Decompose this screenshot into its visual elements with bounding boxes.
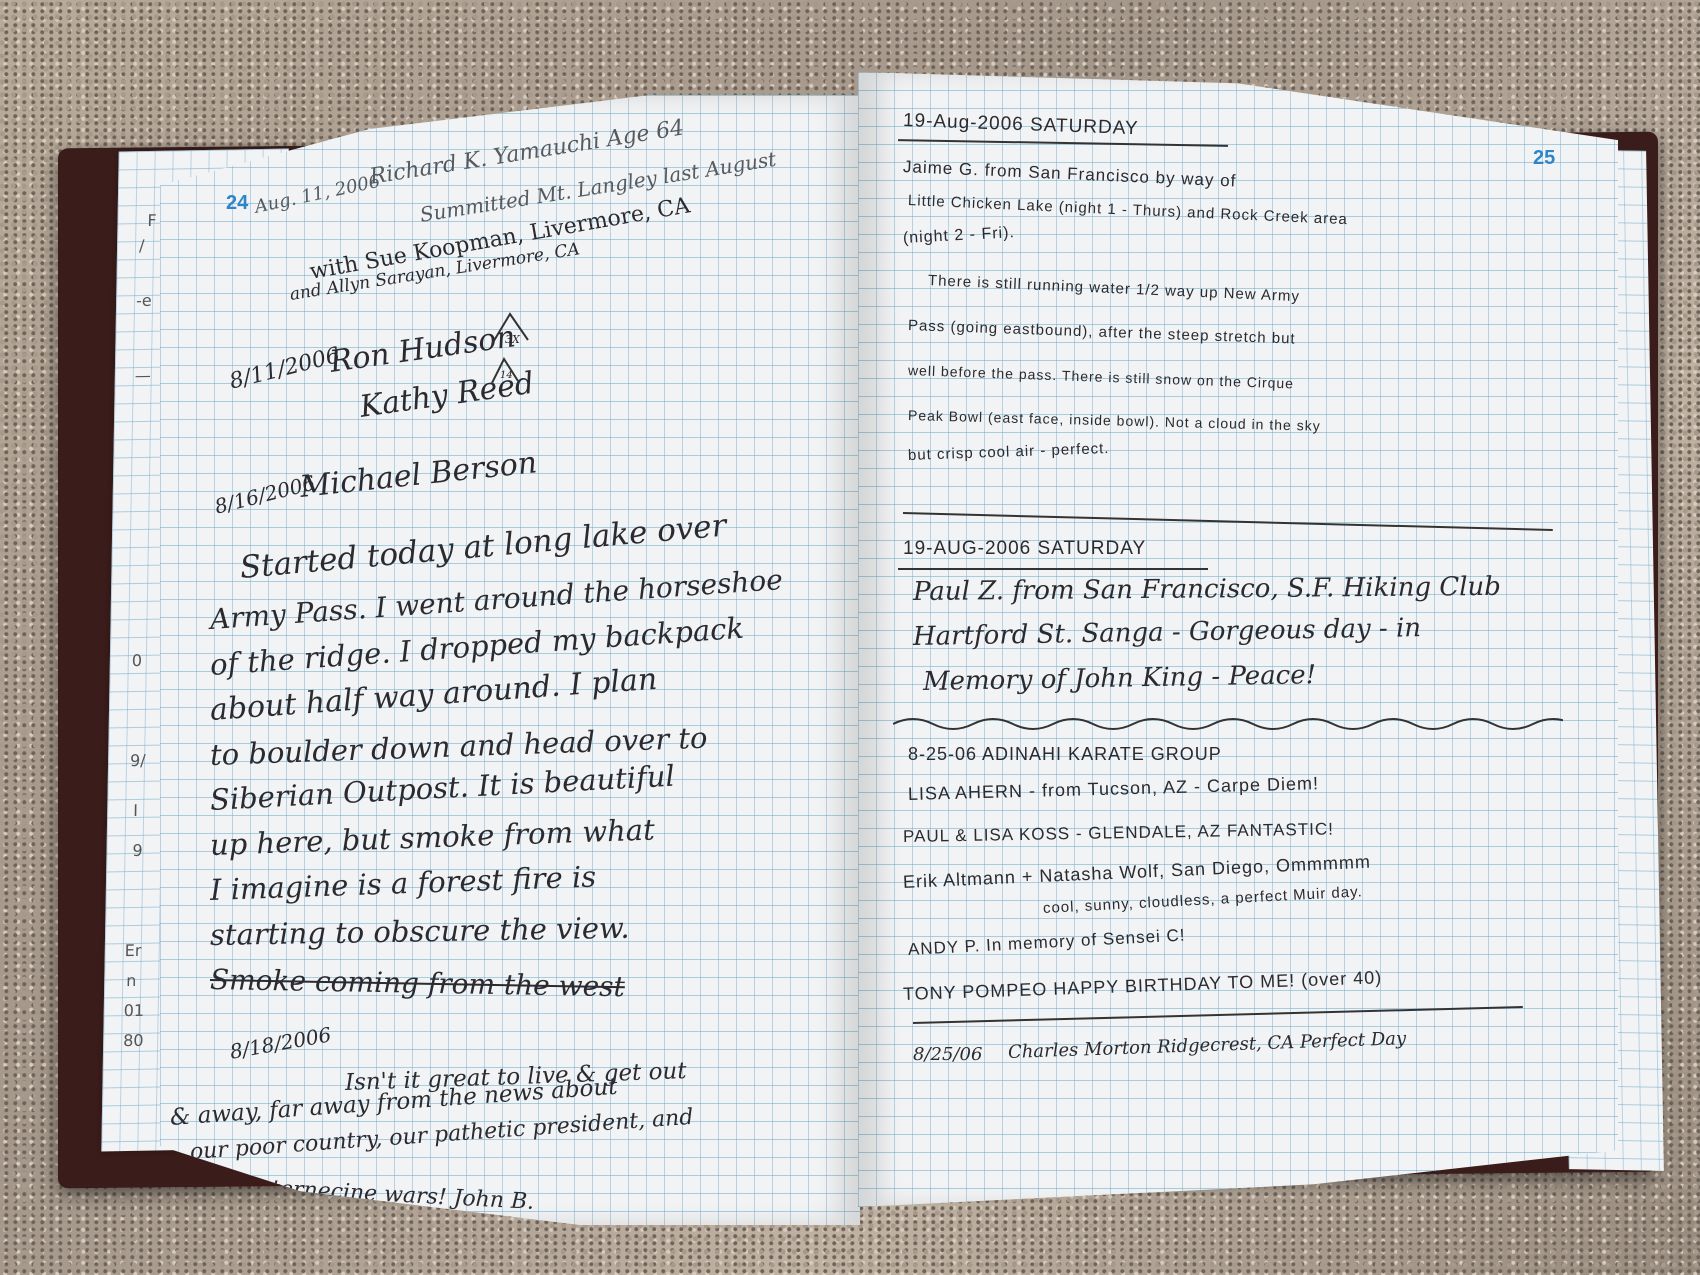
entry-line: Little Chicken Lake (night 1 - Thurs) an… — [908, 192, 1349, 228]
divider-line — [903, 512, 1553, 531]
entry-line: starting to obscure the view. — [210, 911, 630, 952]
entry-line: (night 2 - Fri). — [903, 224, 1016, 248]
entry-header: 19-AUG-2006 SATURDAY — [903, 538, 1146, 560]
entry-date: 8/11/2006 — [227, 343, 343, 395]
margin-mark: Er — [125, 941, 142, 960]
margin-mark: 01 — [124, 1001, 145, 1020]
entry-line: Jaime G. from San Francisco by way of — [903, 157, 1237, 192]
margin-mark: — — [135, 366, 151, 385]
margin-mark: F — [147, 211, 157, 230]
margin-mark: 9/ — [130, 751, 146, 770]
entry-line: I imagine is a forest fire is — [209, 860, 596, 907]
entry-line: cool, sunny, cloudless, a perfect Muir d… — [1043, 883, 1364, 917]
margin-mark: -e — [136, 291, 152, 310]
entry-line: Paul Z. from San Francisco, S.F. Hiking … — [913, 572, 1501, 607]
entry-line: LISA AHERN - from Tucson, AZ - Carpe Die… — [908, 773, 1320, 805]
summit-mark: 3X — [505, 333, 520, 346]
entry-line: up here, but smoke from what — [209, 812, 655, 862]
entry-line: well before the pass. There is still sno… — [908, 362, 1295, 391]
entry-line: Charles Morton Ridgecrest, CA Perfect Da… — [1008, 1028, 1407, 1063]
margin-mark: / — [139, 236, 145, 255]
entry-line-struck: Smoke coming from the west — [210, 963, 625, 1003]
entry-author: Michael Berson — [298, 445, 538, 505]
margin-mark: 0 — [132, 651, 143, 670]
entry-line: There is still running water 1/2 way up … — [928, 272, 1301, 305]
entry-line: Peak Bowl (east face, inside bowl). Not … — [908, 407, 1321, 434]
summit-mark: 14 — [500, 370, 513, 381]
margin-mark: 9 — [132, 841, 143, 860]
margin-mark: 80 — [123, 1031, 144, 1050]
entry-line: ANDY P. In memory of Sensei C! — [907, 925, 1186, 960]
entry-line: Memory of John King - Peace! — [923, 660, 1317, 697]
entry-line: Hartford St. Sanga - Gorgeous day - in — [913, 613, 1422, 652]
entry-date: 8/18/2006 — [228, 1022, 333, 1063]
margin-mark: I — [133, 801, 138, 820]
entry-date: 8/25/06 — [913, 1044, 982, 1065]
underline — [898, 139, 1228, 147]
page-number: 25 — [1533, 147, 1555, 170]
page-number: 24 — [226, 192, 248, 215]
entry-header: 8-25-06 ADINAHI KARATE GROUP — [908, 744, 1222, 765]
entry-line: PAUL & LISA KOSS - GLENDALE, AZ FANTASTI… — [903, 819, 1334, 847]
wavy-divider — [893, 712, 1563, 736]
entry-line: internecine wars! John B. — [249, 1175, 534, 1215]
margin-mark: n — [126, 971, 136, 990]
entry-date: Aug. 11, 2006 — [253, 171, 382, 218]
entry-line: TONY POMPEO HAPPY BIRTHDAY TO ME! (over … — [903, 967, 1383, 1005]
left-page: 24 Aug. 11, 2006 Richard K. Yamauchi Age… — [160, 95, 860, 1225]
right-page: 25 19-Aug-2006 SATURDAY Jaime G. from Sa… — [858, 72, 1618, 1207]
entry-header: 19-Aug-2006 SATURDAY — [903, 110, 1139, 140]
entry-line: but crisp cool air - perfect. — [908, 440, 1110, 464]
entry-line: Pass (going eastbound), after the steep … — [908, 317, 1296, 348]
underline — [898, 568, 1208, 570]
divider-line — [913, 1006, 1523, 1024]
